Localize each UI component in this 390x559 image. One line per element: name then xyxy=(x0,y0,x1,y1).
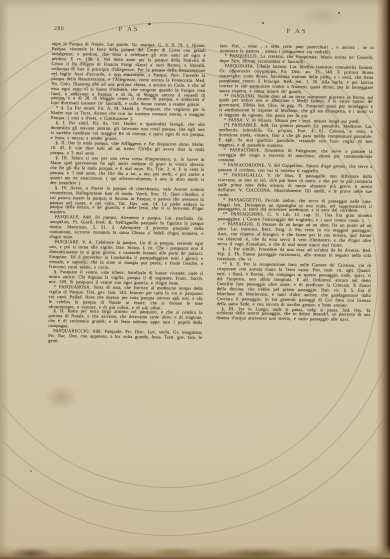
entry-paragraph: PASQUARECCIO. Add. Pasquale. Fir. Disc. … xyxy=(48,329,202,346)
running-head: 280 P AS P AS xyxy=(52,25,374,41)
entry-paragraph: PASQUARE. V. A. Celebrare la pasqua. Un … xyxy=(49,240,203,272)
right-header-text: P AS xyxy=(286,28,307,35)
book-gutter-edge xyxy=(376,0,390,559)
dirt-speck xyxy=(148,23,151,25)
left-column-header: 280 P AS xyxy=(52,25,206,39)
two-column-text: appo la Pasqua di Natale. Las parole. Gr… xyxy=(47,42,374,450)
entry-paragraph: PASQUALE. Add. Di pasqua, Attenente a pa… xyxy=(49,215,203,242)
right-column: lam. Pist. , mise , a sede colle pani pa… xyxy=(215,44,374,450)
entry-paragraph: appo la Pasqua di Natale. Las parole. Gr… xyxy=(51,42,206,108)
left-header-text: P AS xyxy=(118,26,139,33)
entry-paragraph: §. III. Per lo Luogo, onde si passa, vol… xyxy=(216,307,370,324)
page-number: 280 xyxy=(54,26,64,32)
left-column: appo la Pasqua di Natale. Las parole. Gr… xyxy=(47,42,206,448)
entry-paragraph: (*) PASSABILE. Add. Da potersi passare. … xyxy=(219,123,373,150)
entry-paragraph: §. IV. Avere, o Parere la pasqua di chec… xyxy=(50,186,204,218)
dirt-speck xyxy=(30,470,32,472)
entry-paragraph: + PASSAGGIO. Il Passare da un luogo ad u… xyxy=(217,222,371,249)
right-column-header: P AS xyxy=(220,27,374,41)
text-block: 280 P AS P AS appo la Pasqua di Natale. … xyxy=(47,25,374,450)
entry-paragraph: * PASQUAROSA. Sorta di rosa, che fiorisc… xyxy=(49,285,203,312)
scanned-book-page: 280 P AS P AS appo la Pasqua di Natale. … xyxy=(0,0,390,559)
entry-paragraph: ** §. II. Per la ricuperazione fatta nel… xyxy=(217,262,372,308)
entry-paragraph: PASQUINATA. Libello famoso. Lat. libellu… xyxy=(219,64,373,96)
page-bottom-edge xyxy=(0,545,390,559)
paper-stain xyxy=(300,6,346,26)
page-top-edge-shadow xyxy=(0,0,390,8)
paper-stain xyxy=(180,470,270,520)
dirt-speck xyxy=(338,12,340,14)
entry-paragraph: ** PASQUINO. Nome dato ad un torso marmo… xyxy=(219,94,373,121)
entry-paragraph: §. III. Talora si usa per una certa cors… xyxy=(50,156,204,188)
page-left-edge-shadow xyxy=(0,0,9,559)
dirt-speck xyxy=(262,22,264,24)
entry-paragraph: ** PASSAGALLO. V. de' Mus. Il passagallo… xyxy=(218,173,372,200)
